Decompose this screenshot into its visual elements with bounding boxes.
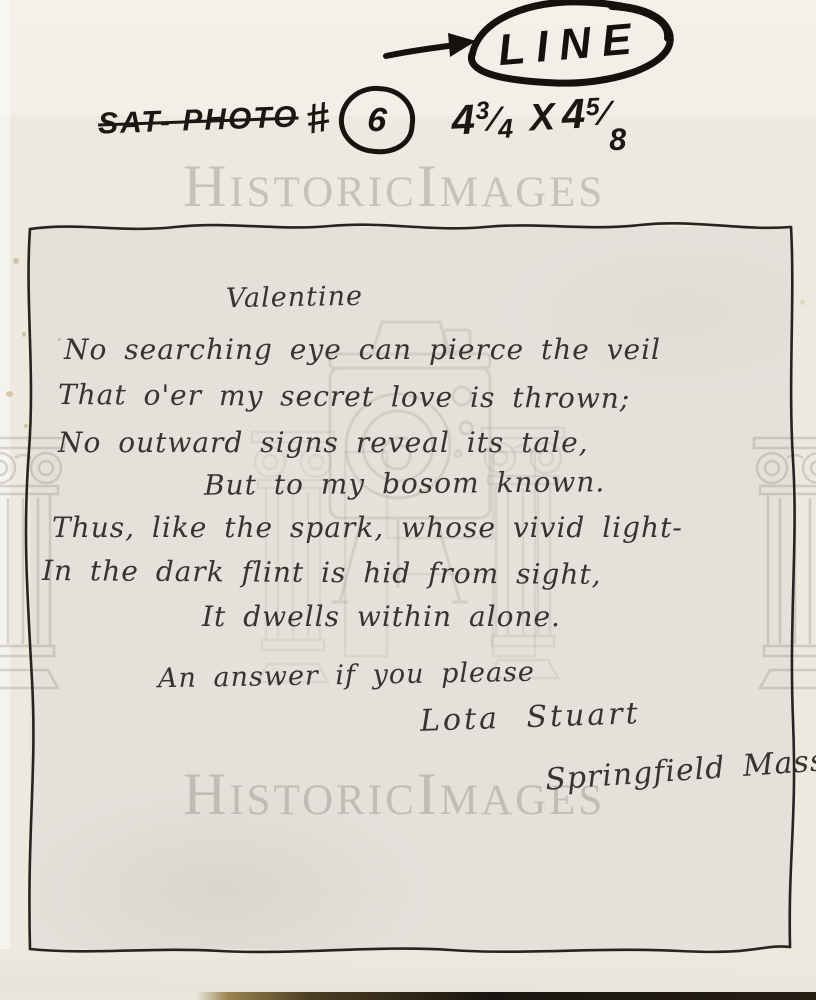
sat-photo-text: SAT- PHOTO — [97, 101, 299, 141]
watermark-letters: ISTORIC — [229, 169, 416, 216]
print-dimensions-note: 43⁄4X45⁄8 — [450, 87, 628, 166]
age-spot — [22, 332, 26, 337]
historicimages-watermark-bottom: HISTORICIMAGES — [183, 764, 605, 824]
dimension-separator: X — [528, 96, 557, 139]
width-whole: 4 — [450, 95, 477, 143]
age-spot — [800, 300, 805, 305]
age-spot — [24, 424, 28, 428]
historicimages-watermark-top: HISTORICIMAGES — [183, 156, 605, 216]
scan-light-band-left — [0, 0, 10, 1000]
poem-line: That o'er my secret love is thrown; — [58, 381, 630, 413]
scan-light-band-top — [0, 0, 816, 26]
poem-line: It dwells within alone. — [202, 603, 561, 631]
width-fraction: 3⁄4 — [475, 93, 515, 146]
sat-photo-note: SAT- PHOTO — [97, 101, 299, 142]
watermark-letter: H — [183, 761, 229, 827]
poem-line: No outward signs reveal its tale, — [58, 429, 589, 457]
watermark-letter: H — [183, 153, 229, 219]
watermark-letters: ISTORIC — [229, 777, 416, 824]
age-spot — [58, 338, 61, 341]
photo-number: 6 — [366, 100, 389, 141]
poem-line: In the dark flint is hid from sight, — [42, 557, 602, 589]
scanned-press-photo: HISTORICIMAGES HISTORICIMAGES LINE SAT- … — [0, 0, 816, 1000]
watermark-letter: I — [417, 761, 440, 827]
poem-line: Thus, like the spark, whose vivid light- — [52, 514, 683, 542]
age-spot — [13, 258, 19, 264]
height-whole: 4 — [560, 90, 587, 138]
poem-line: But to my bosom known. — [204, 468, 605, 500]
poem-signature: Lota Stuart — [420, 699, 642, 737]
age-spot — [6, 391, 13, 397]
height-fraction: 5⁄8 — [585, 87, 628, 159]
watermark-letter: I — [417, 153, 440, 219]
poem-title: Valentine — [226, 283, 363, 312]
scan-edge-strip — [0, 992, 816, 1000]
poem-line: No searching eye can pierce the veil — [64, 336, 661, 364]
poem-closing-line: An answer if you please — [158, 659, 535, 693]
watermark-letters: MAGES — [440, 169, 606, 216]
photo-bottom-margin — [0, 949, 816, 993]
